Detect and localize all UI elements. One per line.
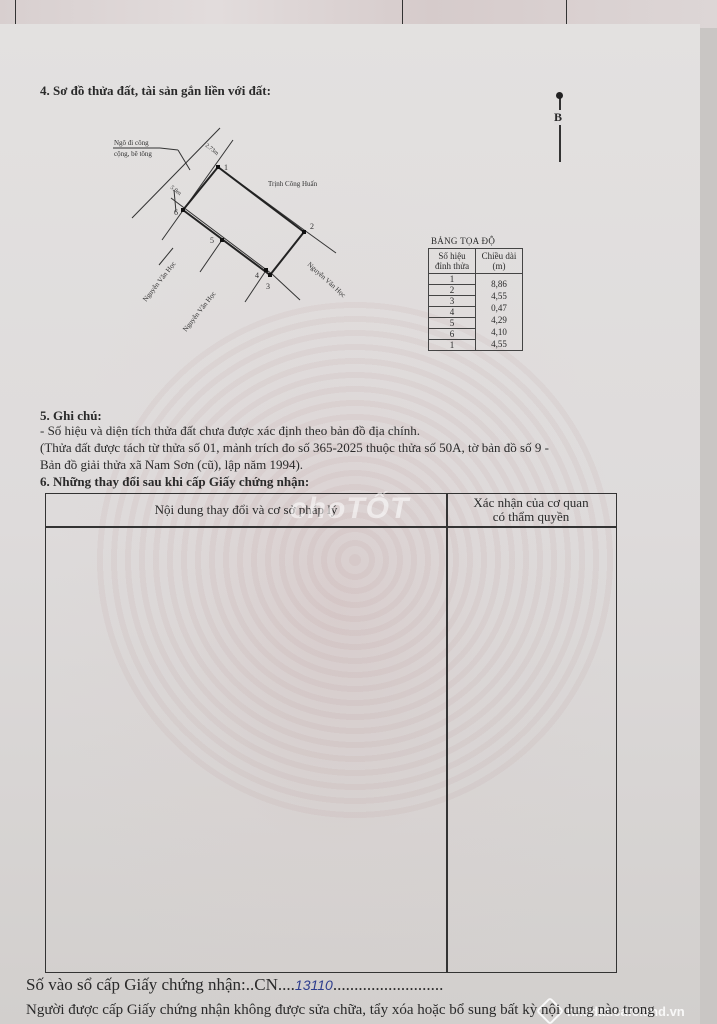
section-4-title: 4. Sơ đồ thửa đất, tài sản gắn liền với … bbox=[40, 83, 271, 99]
changes-col-authority-header: Xác nhận của cơ quan có thẩm quyền bbox=[446, 496, 616, 524]
north-label: B bbox=[554, 110, 562, 125]
length-cell: 4,55 bbox=[479, 338, 519, 350]
column-divider bbox=[446, 494, 448, 972]
point-label-2: 2 bbox=[310, 222, 314, 231]
note-line-2: (Thửa đất được tách từ thửa số 01, mảnh … bbox=[40, 439, 549, 456]
length-cell: 0,47 bbox=[479, 302, 519, 314]
road-label-right: Nguyễn Văn Học bbox=[306, 261, 348, 300]
north-arrow: B bbox=[552, 92, 568, 167]
length-cell: 4,29 bbox=[479, 314, 519, 326]
point-label-3: 3 bbox=[266, 282, 270, 291]
vertex-cell: 5 bbox=[429, 318, 476, 329]
north-arrow-line bbox=[559, 96, 561, 162]
registry-dots: .......................... bbox=[333, 975, 444, 994]
coordinate-col-vertex: Số hiệu đỉnh thửa bbox=[429, 249, 476, 274]
length-cell: 4,55 bbox=[479, 290, 519, 302]
length-cell: 8,86 bbox=[479, 278, 519, 290]
length-cell: 4,10 bbox=[479, 326, 519, 338]
neighbor-label: Trịnh Công Huấn bbox=[268, 180, 318, 188]
road-label-left-2: Nguyễn Văn Học bbox=[181, 290, 217, 333]
vertex-cell: 2 bbox=[429, 285, 476, 296]
point-label-4: 4 bbox=[255, 271, 259, 280]
point-label-6: 6 bbox=[174, 208, 178, 217]
point-label-1: 1 bbox=[224, 163, 228, 172]
chotot-watermark: choTỐT bbox=[290, 492, 409, 526]
header-divider bbox=[46, 526, 616, 528]
vertex-cell: 3 bbox=[429, 296, 476, 307]
note-line-3: Bản đồ giải thửa xã Nam Sơn (cũ), lập nă… bbox=[40, 456, 303, 473]
point-label-5: 5 bbox=[210, 236, 214, 245]
notice-text: Người được cấp Giấy chứng nhận không đượ… bbox=[26, 1002, 655, 1019]
length-column: 8,86 4,55 0,47 4,29 4,10 4,55 bbox=[476, 274, 523, 351]
authority-header-line-2: có thẩm quyền bbox=[446, 510, 616, 524]
road-label-left-1: Nguyễn Văn Học bbox=[141, 260, 177, 303]
access-lane-label: Ngõ đi công bbox=[114, 139, 149, 147]
note-line-1: - Số hiệu và diện tích thửa đất chưa đượ… bbox=[40, 422, 420, 439]
parcel-diagram: Ngõ đi công cộng, bê tông Trịnh Công Huấ… bbox=[100, 110, 400, 350]
registry-label: Số vào sổ cấp Giấy chứng nhận:..CN.... bbox=[26, 975, 295, 994]
section-6-title: 6. Những thay đổi sau khi cấp Giấy chứng… bbox=[40, 474, 309, 490]
coordinate-table-title: BẢNG TỌA ĐỘ bbox=[431, 236, 495, 246]
vertex-cell: 1 bbox=[429, 340, 476, 351]
authority-header-line-1: Xác nhận của cơ quan bbox=[446, 496, 616, 510]
north-arrow-tip-icon bbox=[556, 92, 563, 99]
changes-table: Nội dung thay đổi và cơ sở pháp lý Xác n… bbox=[45, 493, 617, 973]
registry-number: 13110 bbox=[295, 977, 333, 993]
dimension-label-left: 5.8m bbox=[169, 185, 183, 197]
coordinate-col-length: Chiều dài (m) bbox=[476, 249, 523, 274]
registry-number-line: Số vào sổ cấp Giấy chứng nhận:..CN....13… bbox=[26, 975, 443, 995]
vertex-cell: 4 bbox=[429, 307, 476, 318]
access-lane-label-2: cộng, bê tông bbox=[114, 150, 152, 158]
vertex-cell: 6 bbox=[429, 329, 476, 340]
coordinate-table: Số hiệu đỉnh thửa Chiều dài (m) 1 8,86 4… bbox=[428, 248, 523, 351]
dimension-label-top: 2.73m bbox=[204, 143, 220, 157]
vertex-cell: 1 bbox=[429, 274, 476, 285]
